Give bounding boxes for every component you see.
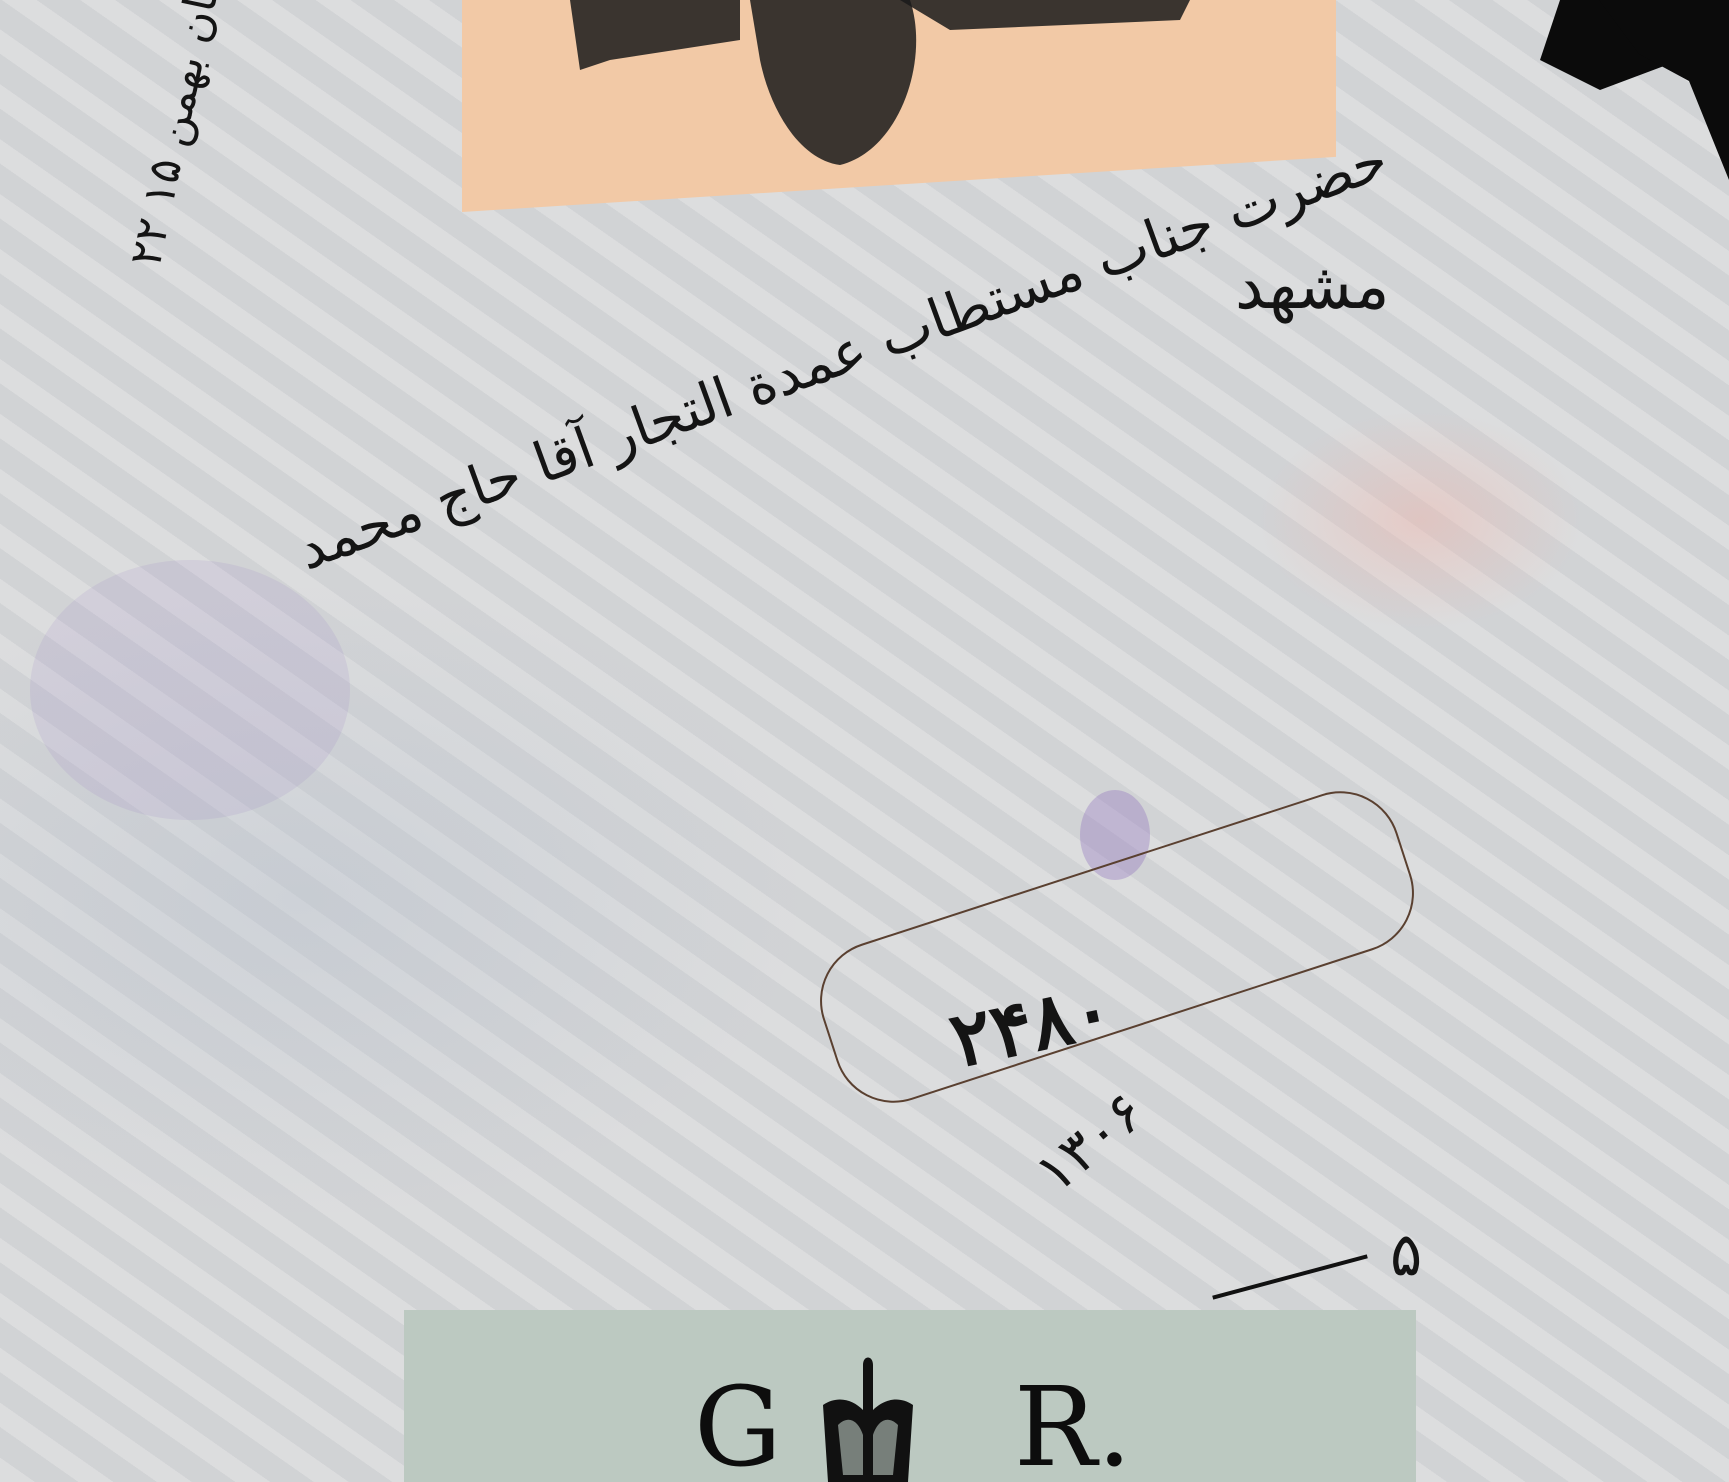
cipher-letter-g: G — [694, 1372, 782, 1482]
note-1: ۲۲ — [120, 214, 180, 271]
seal-handstamp-icon — [570, 0, 1190, 170]
cipher-letter-r: R. — [1014, 1372, 1132, 1482]
destination-city: مشهد — [1235, 250, 1389, 324]
fee-mark: ۵ — [1390, 1220, 1422, 1290]
violet-cancel-mark — [30, 560, 350, 820]
note-4: ۱۵ — [133, 154, 193, 211]
crown-icon — [818, 1345, 918, 1482]
